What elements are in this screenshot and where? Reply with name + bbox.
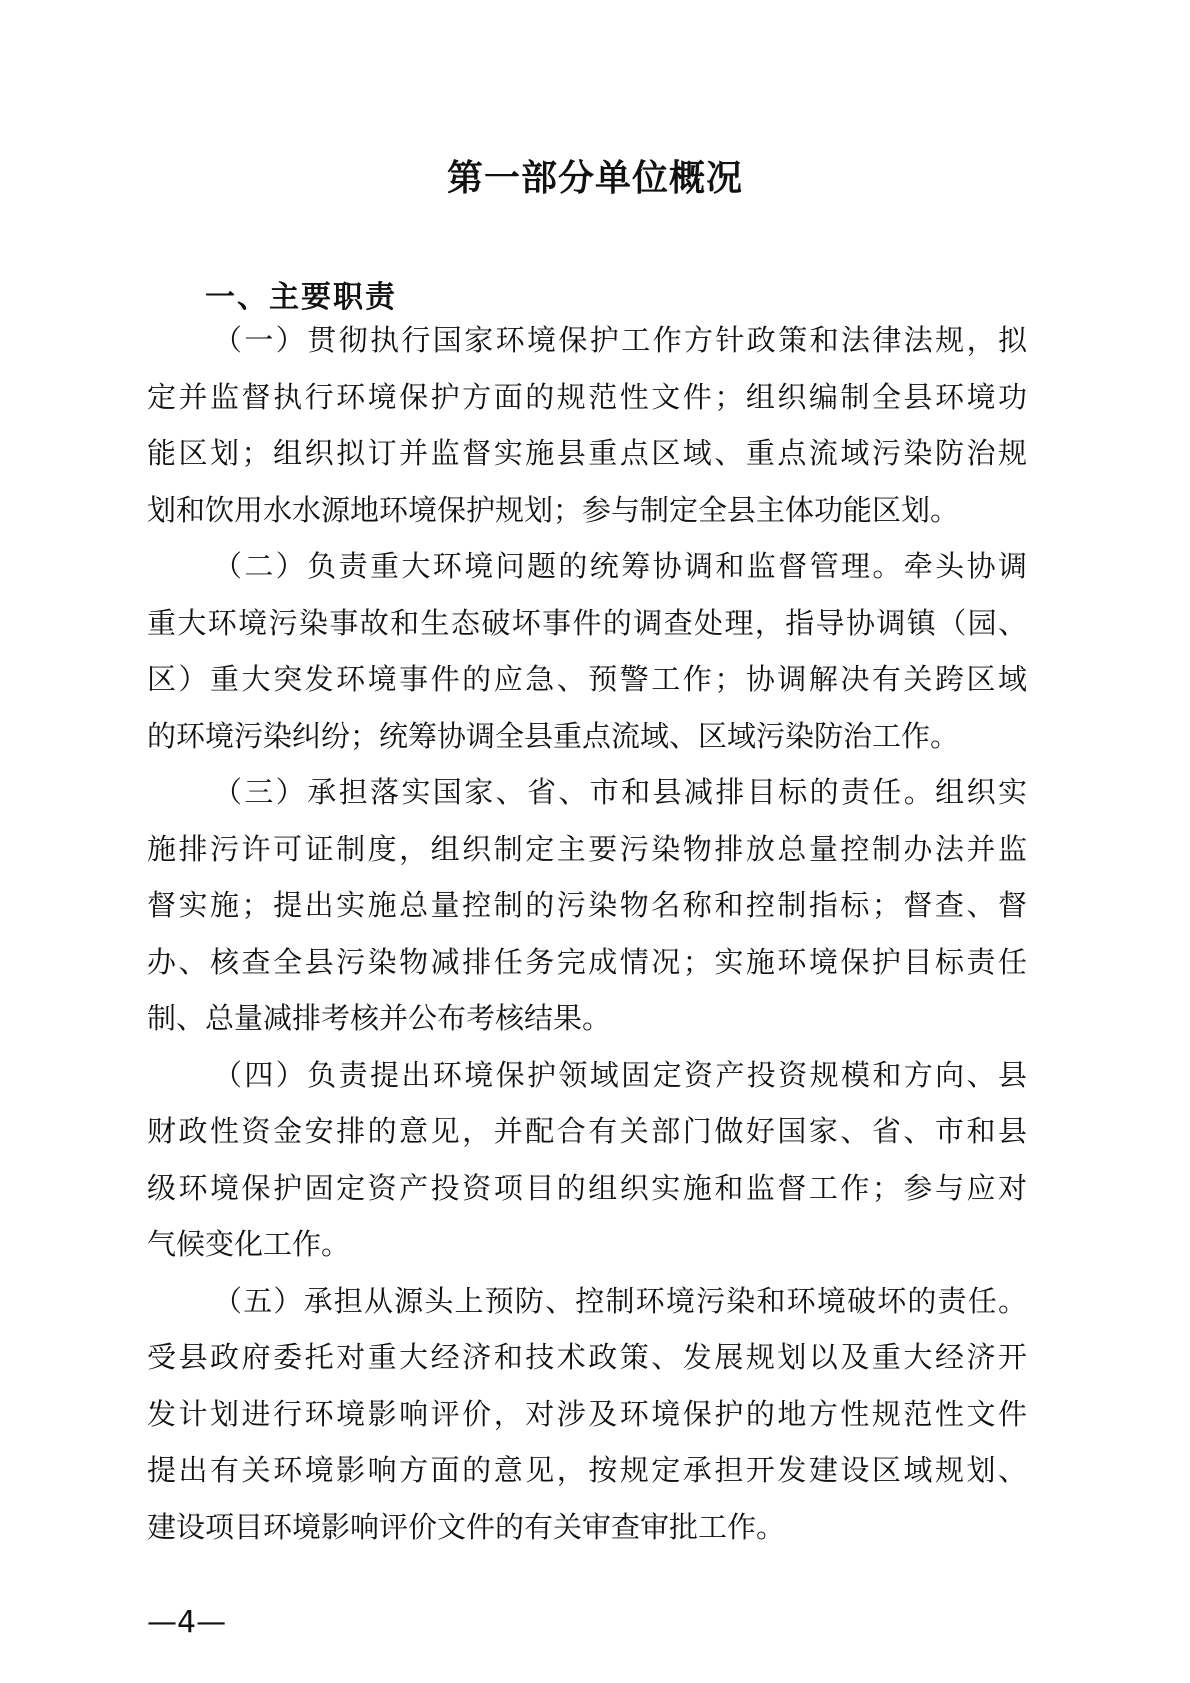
text-line: 建设项目环境影响评价文件的有关审查审批工作。 [147, 1499, 1027, 1556]
text-line: 提出有关环境影响方面的意见，按规定承担开发建设区域规划、 [147, 1442, 1027, 1499]
text-line: 发计划进行环境影响评价，对涉及环境保护的地方性规范性文件 [147, 1386, 1027, 1443]
text-line: 的环境污染纠纷；统筹协调全县重点流域、区域污染防治工作。 [147, 708, 1027, 765]
text-line: 能区划；组织拟订并监督实施县重点区域、重点流域污染防治规 [147, 425, 1027, 482]
body-text: （一）贯彻执行国家环境保护工作方针政策和法律法规，拟定并监督执行环境保护方面的规… [147, 312, 1027, 1555]
text-line: 施排污许可证制度，组织制定主要污染物排放总量控制办法并监 [147, 821, 1027, 878]
text-line: 定并监督执行环境保护方面的规范性文件；组织编制全县环境功 [147, 369, 1027, 426]
text-line: 办、核查全县污染物减排任务完成情况；实施环境保护目标责任 [147, 934, 1027, 991]
text-line: 财政性资金安排的意见，并配合有关部门做好国家、省、市和县 [147, 1103, 1027, 1160]
text-line: （三）承担落实国家、省、市和县减排目标的责任。组织实 [147, 764, 1027, 821]
text-line: 督实施；提出实施总量控制的污染物名称和控制指标；督查、督 [147, 877, 1027, 934]
text-line: 级环境保护固定资产投资项目的组织实施和监督工作；参与应对 [147, 1160, 1027, 1217]
text-line: （二）负责重大环境问题的统筹协调和监督管理。牵头协调 [147, 538, 1027, 595]
page-number: —4— [147, 1605, 226, 1640]
section-heading: 一、主要职责 [205, 272, 397, 316]
text-line: （四）负责提出环境保护领域固定资产投资规模和方向、县 [147, 1047, 1027, 1104]
document-page: 第一部分单位概况 一、主要职责 （一）贯彻执行国家环境保护工作方针政策和法律法规… [0, 0, 1190, 1683]
text-line: 气候变化工作。 [147, 1216, 1027, 1273]
text-line: 划和饮用水水源地环境保护规划；参与制定全县主体功能区划。 [147, 482, 1027, 539]
text-line: 重大环境污染事故和生态破坏事件的调查处理，指导协调镇（园、 [147, 595, 1027, 652]
text-line: （一）贯彻执行国家环境保护工作方针政策和法律法规，拟 [147, 312, 1027, 369]
text-line: 受县政府委托对重大经济和技术政策、发展规划以及重大经济开 [147, 1329, 1027, 1386]
text-line: （五）承担从源头上预防、控制环境污染和环境破坏的责任。 [147, 1273, 1027, 1330]
text-line: 制、总量减排考核并公布考核结果。 [147, 990, 1027, 1047]
page-title: 第一部分单位概况 [0, 150, 1190, 201]
text-line: 区）重大突发环境事件的应急、预警工作；协调解决有关跨区域 [147, 651, 1027, 708]
